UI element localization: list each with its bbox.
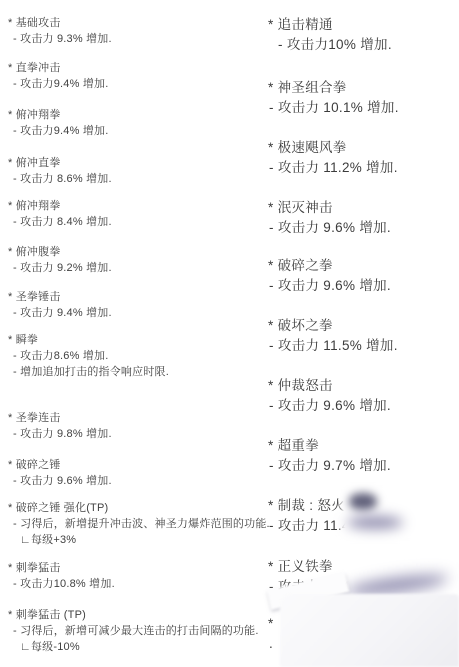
skill-effect-line: - 习得后，新增可减少最大连击的打击间隔的功能.: [8, 623, 259, 639]
skill-effect-line: - 攻击力 9.2% 增加.: [8, 260, 112, 276]
skill-name: * 俯冲翔拳: [8, 107, 109, 123]
skill-item: * 俯冲直拳- 攻击力 8.6% 增加.: [8, 155, 112, 187]
smudge-dark-blob: [349, 493, 377, 510]
blur-smudge-top: [341, 482, 459, 544]
skill-item: * 圣拳锤击- 攻击力 9.4% 增加.: [8, 289, 112, 321]
skill-name: * 破碎之锤 强化(TP): [8, 500, 270, 516]
skill-effect-line: - 攻击力 11.2% 增加.: [268, 158, 398, 178]
skill-item: * 破碎之拳- 攻击力 9.6% 增加.: [268, 256, 391, 296]
skill-item: * 破坏之拳- 攻击力 11.5% 增加.: [268, 316, 398, 356]
skill-effect-line: - 攻击力 10.1% 增加.: [268, 98, 399, 118]
skill-item: * 俯冲翔拳- 攻击力9.4% 增加.: [8, 107, 109, 139]
skill-name: * 圣拳锤击: [8, 289, 112, 305]
skill-name: * 刺拳猛击 (TP): [8, 607, 259, 623]
skill-effect-line: - 攻击力10.8% 增加.: [8, 576, 115, 592]
skill-name: * 基础攻击: [8, 15, 112, 31]
skill-name: * 破坏之拳: [268, 316, 398, 336]
skill-name: * 俯冲直拳: [8, 155, 112, 171]
skill-name: * 仲裁怒击: [268, 376, 391, 396]
smudge-streak: [347, 516, 403, 529]
skill-name: * 圣拳连击: [8, 410, 112, 426]
skill-effect-line: - 习得后，新增提升冲击波、神圣力爆炸范围的功能.: [8, 516, 270, 532]
skill-name: * 破碎之锤: [8, 457, 112, 473]
skill-effect-line: - 攻击力 9.6% 增加.: [268, 396, 391, 416]
skill-effect-line: ∟每级+3%: [8, 532, 270, 548]
skill-effect-line: - 攻击力 8.4% 增加.: [8, 214, 112, 230]
skill-effect-line: - 攻击力10% 增加.: [268, 35, 392, 55]
skill-item: * 基础攻击- 攻击力 9.3% 增加.: [8, 15, 112, 47]
skill-item: * 制裁 : 怒火- 攻击力 11.4: [268, 496, 350, 536]
skill-name: * 极速飓风拳: [268, 138, 398, 158]
skill-item: * 泯灭神击- 攻击力 9.6% 增加.: [268, 198, 391, 238]
skill-effect-line: - 攻击力9.4% 增加.: [8, 76, 109, 92]
blur-smudge-bottom: [280, 594, 459, 667]
skill-item: * 神圣组合拳- 攻击力 10.1% 增加.: [268, 78, 399, 118]
skill-name: * 超重拳: [268, 436, 391, 456]
skill-name: * 刺拳猛击: [8, 560, 115, 576]
skill-effect-line: - 攻击力 9.4% 增加.: [8, 305, 112, 321]
skill-effect-line: - 攻击力 9.6% 增加.: [268, 218, 391, 238]
skill-item: * 瞬拳- 攻击力8.6% 增加.- 增加追加打击的指令响应时限.: [8, 332, 169, 380]
skill-item: * 俯冲腹拳- 攻击力 9.2% 增加.: [8, 244, 112, 276]
skill-effect-line: - 攻击力 9.8% 增加.: [8, 426, 112, 442]
skill-name: * 俯冲腹拳: [8, 244, 112, 260]
skill-effect-line: - 增加追加打击的指令响应时限.: [8, 364, 169, 380]
skill-name: *: [268, 614, 274, 634]
skill-item: * 破碎之锤- 攻击力 9.6% 增加.: [8, 457, 112, 489]
skill-item: * 仲裁怒击- 攻击力 9.6% 增加.: [268, 376, 391, 416]
skill-effect-line: - 攻击力 9.6% 增加.: [268, 276, 391, 296]
skill-item: * 刺拳猛击- 攻击力10.8% 增加.: [8, 560, 115, 592]
skill-name: * 破碎之拳: [268, 256, 391, 276]
skill-item: *.: [268, 614, 274, 654]
skill-name: * 直拳冲击: [8, 60, 109, 76]
skill-effect-line: ∟每级-10%: [8, 639, 259, 655]
skill-item: * 刺拳猛击 (TP)- 习得后，新增可减少最大连击的打击间隔的功能.∟每级-1…: [8, 607, 259, 655]
skill-effect-line: - 攻击力 8.6% 增加.: [8, 171, 112, 187]
skill-item: * 极速飓风拳- 攻击力 11.2% 增加.: [268, 138, 398, 178]
skill-name: * 追击精通: [268, 15, 392, 35]
skill-name: * 俯冲翔拳: [8, 198, 112, 214]
skill-item: * 超重拳- 攻击力 9.7% 增加.: [268, 436, 391, 476]
skill-effect-line: - 攻击力 9.3% 增加.: [8, 31, 112, 47]
skill-name: * 神圣组合拳: [268, 78, 399, 98]
skill-item: * 圣拳连击- 攻击力 9.8% 增加.: [8, 410, 112, 442]
skill-effect-line: - 攻击力 9.6% 增加.: [8, 473, 112, 489]
skill-effect-line: - 攻击力8.6% 增加.: [8, 348, 169, 364]
skill-name: * 瞬拳: [8, 332, 169, 348]
skill-item: * 破碎之锤 强化(TP)- 习得后，新增提升冲击波、神圣力爆炸范围的功能.∟每…: [8, 500, 270, 548]
skill-item: * 直拳冲击- 攻击力9.4% 增加.: [8, 60, 109, 92]
skill-effect-line: - 攻击力 9.7% 增加.: [268, 456, 391, 476]
skill-effect-line: .: [268, 634, 274, 654]
skill-name: * 制裁 : 怒火: [268, 496, 350, 516]
skill-effect-line: - 攻击力 11.4: [268, 516, 350, 536]
skill-item: * 俯冲翔拳- 攻击力 8.4% 增加.: [8, 198, 112, 230]
skill-item: * 追击精通- 攻击力10% 增加.: [268, 15, 392, 55]
skill-effect-line: - 攻击力 11.5% 增加.: [268, 336, 398, 356]
skill-name: * 泯灭神击: [268, 198, 391, 218]
skill-effect-line: - 攻击力9.4% 增加.: [8, 123, 109, 139]
skill-patch-notes-page: * 基础攻击- 攻击力 9.3% 增加.* 直拳冲击- 攻击力9.4% 增加.*…: [0, 0, 459, 667]
